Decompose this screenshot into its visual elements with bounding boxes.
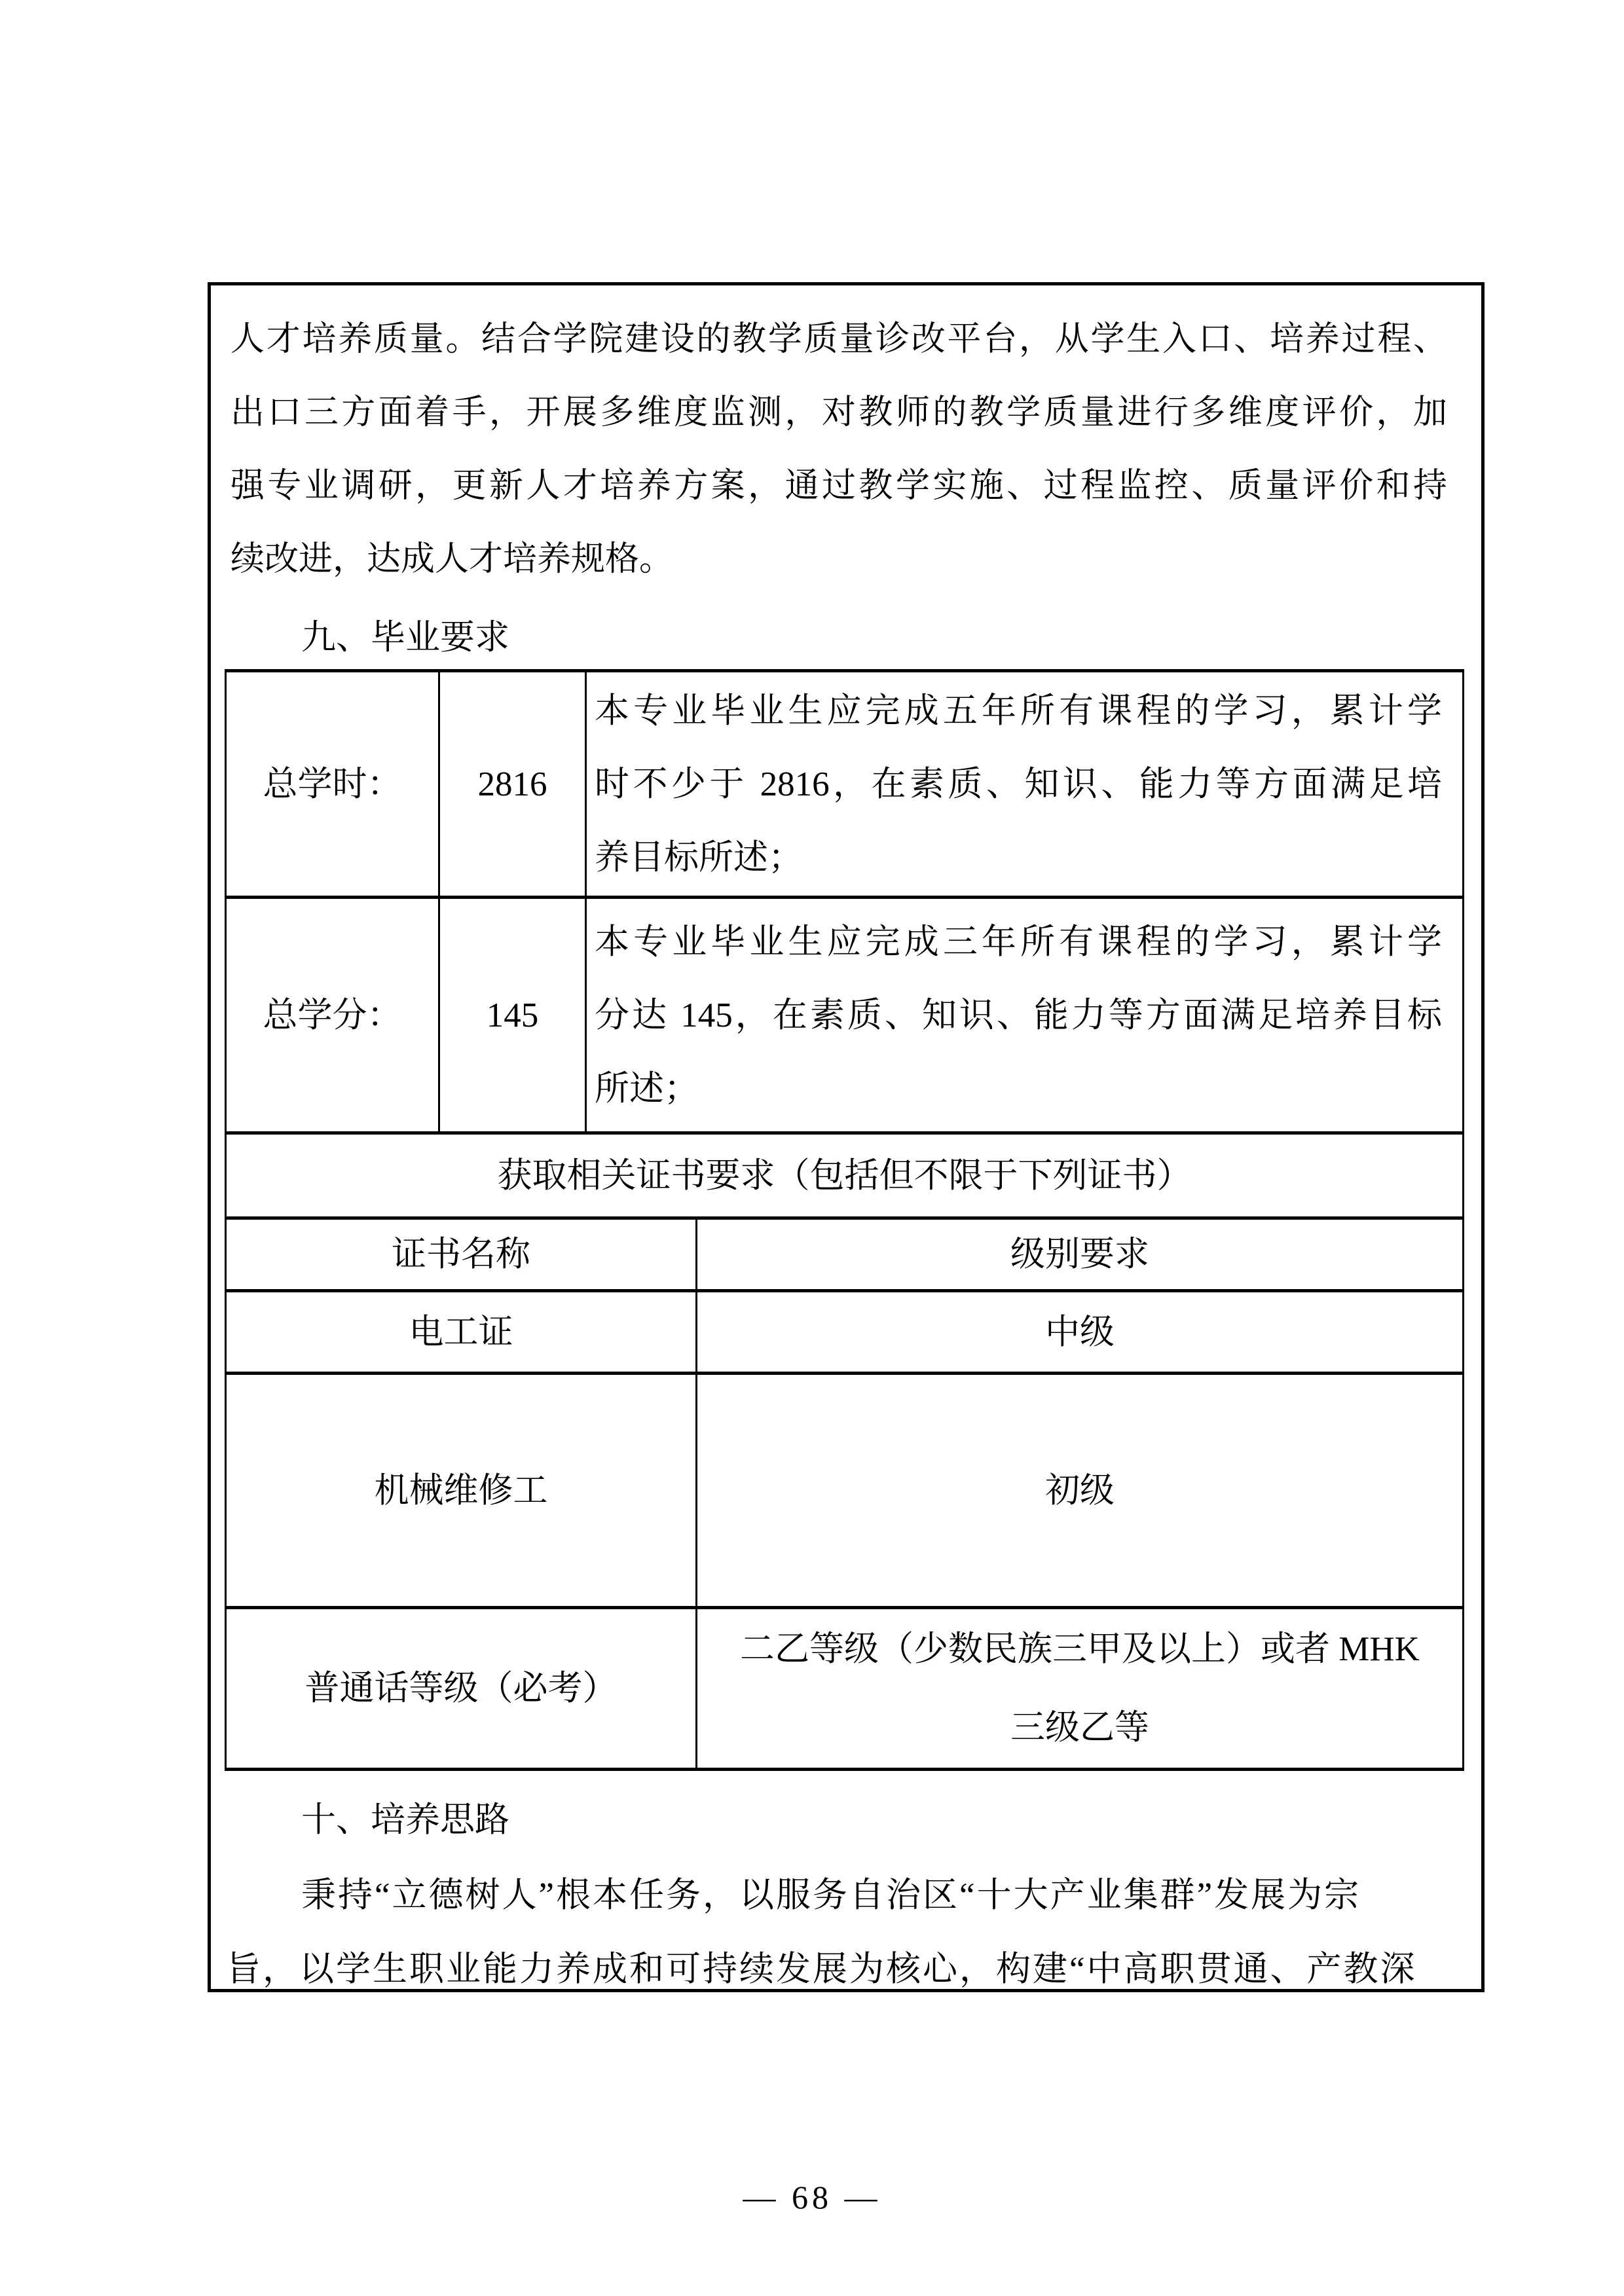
table-gridline	[585, 670, 587, 1133]
intro-paragraph: 人才培养质量。结合学院建设的教学质量诊改平台，从学生入口、培养过程、 出口三方面…	[231, 303, 1447, 596]
cert-level: 二乙等级（少数民族三甲及以上）或者 MHK 三级乙等	[697, 1609, 1462, 1768]
total-hours-label: 总学时：	[227, 672, 438, 896]
description-line: 分达 145，在素质、知识、能力等方面满足培养目标	[595, 979, 1442, 1052]
cert-name: 普通话等级（必考）	[227, 1609, 695, 1768]
section-heading-ten: 十、培养思路	[301, 1783, 509, 1857]
cert-level: 初级	[697, 1375, 1462, 1606]
total-hours-description: 本专业毕业生应完成五年所有课程的学习，累计学 时不少于 2816，在素质、知识、…	[595, 672, 1442, 896]
cert-name: 电工证	[227, 1292, 695, 1372]
cert-level: 中级	[697, 1292, 1462, 1372]
description-line: 养目标所述；	[595, 821, 1442, 894]
total-credits-label: 总学分：	[227, 899, 438, 1131]
description-line: 时不少于 2816，在素质、知识、能力等方面满足培	[595, 748, 1442, 821]
paragraph-line: 强专业调研，更新人才培养方案，通过教学实施、过程监控、质量评价和持	[231, 450, 1447, 523]
page-number: — 68 —	[0, 2178, 1624, 2217]
total-credits-description: 本专业毕业生应完成三年所有课程的学习，累计学 分达 145，在素质、知识、能力等…	[595, 899, 1442, 1131]
description-line: 本专业毕业生应完成五年所有课程的学习，累计学	[595, 674, 1442, 748]
outro-paragraph-line: 旨，以学生职业能力养成和可持续发展为核心，构建“中高职贯通、产教深	[226, 1933, 1417, 2006]
paragraph-line: 人才培养质量。结合学院建设的教学质量诊改平台，从学生入口、培养过程、	[231, 303, 1447, 376]
outro-paragraph-line: 秉持“立德树人”根本任务，以服务自治区“十大产业集群”发展为宗	[301, 1859, 1361, 1932]
cert-name-header: 证书名称	[227, 1220, 695, 1289]
cert-name: 机械维修工	[227, 1375, 695, 1606]
description-line: 本专业毕业生应完成三年所有课程的学习，累计学	[595, 905, 1442, 979]
description-line: 所述；	[595, 1052, 1442, 1125]
certificates-banner: 获取相关证书要求（包括但不限于下列证书）	[227, 1135, 1462, 1216]
paragraph-line: 续改进，达成人才培养规格。	[231, 523, 1447, 596]
cert-level-header: 级别要求	[697, 1220, 1462, 1289]
paragraph-line: 出口三方面着手，开展多维度监测，对教师的教学质量进行多维度评价，加	[231, 376, 1447, 450]
table-border-right	[1462, 669, 1464, 1771]
total-credits-value: 145	[440, 899, 585, 1131]
section-heading-nine: 九、毕业要求	[301, 601, 509, 674]
table-border-bottom	[225, 1768, 1464, 1771]
document-page: 人才培养质量。结合学院建设的教学质量诊改平台，从学生入口、培养过程、 出口三方面…	[0, 0, 1624, 2296]
total-hours-value: 2816	[440, 672, 585, 896]
cert-level-line: 二乙等级（少数民族三甲及以上）或者 MHK	[697, 1610, 1462, 1688]
cert-level-line: 三级乙等	[697, 1688, 1462, 1767]
